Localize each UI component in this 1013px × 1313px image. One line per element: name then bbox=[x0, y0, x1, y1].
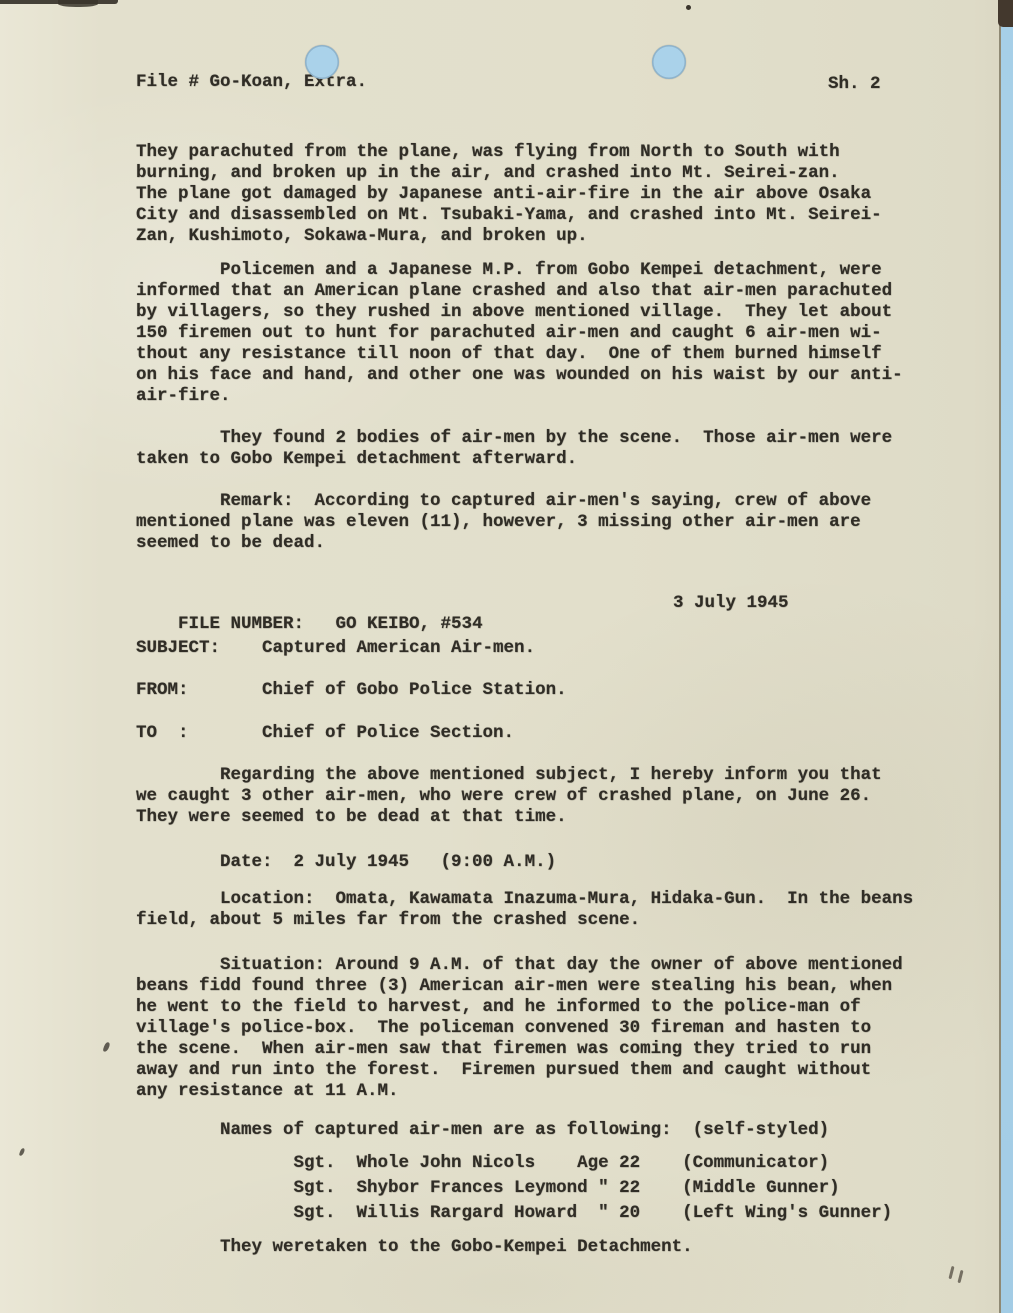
text-line: Situation: Around 9 A.M. of that day the… bbox=[136, 955, 903, 976]
text-line: Sgt. Shybor Frances Leymond " 22 (Middle… bbox=[136, 1176, 892, 1201]
text-line: Zan, Kushimoto, Sokawa-Mura, and broken … bbox=[136, 226, 882, 247]
text-line: seemed to be dead. bbox=[136, 533, 871, 554]
text-line: beans fidd found three (3) American air-… bbox=[136, 976, 903, 997]
text-line: any resistance at 11 A.M. bbox=[136, 1081, 903, 1102]
text-line: air-fire. bbox=[136, 386, 903, 407]
from-line: FROM: Chief of Gobo Police Station. bbox=[136, 680, 567, 701]
scan-speck-top bbox=[686, 5, 691, 10]
text-line: Location: Omata, Kawamata Inazuma-Mura, … bbox=[136, 889, 913, 910]
captured-airmen-list: Sgt. Whole John Nicols Age 22 (Communica… bbox=[136, 1151, 892, 1226]
text-line: Remark: According to captured air-men's … bbox=[136, 491, 871, 512]
text-line: Sgt. Whole John Nicols Age 22 (Communica… bbox=[136, 1151, 892, 1176]
pen-mark-left-margin bbox=[103, 1041, 111, 1052]
text-line: They were seemed to be dead at that time… bbox=[136, 807, 882, 828]
text-line: thout any resistance till noon of that d… bbox=[136, 344, 903, 365]
text-line: Policemen and a Japanese M.P. from Gobo … bbox=[136, 260, 903, 281]
text-line: the scene. When air-men saw that firemen… bbox=[136, 1039, 903, 1060]
text-line: we caught 3 other air-men, who were crew… bbox=[136, 786, 882, 807]
text-line: by villagers, so they rushed in above me… bbox=[136, 302, 903, 323]
scan-corner-shadow-top-right bbox=[998, 0, 1013, 27]
date-line: Date: 2 July 1945 (9:00 A.M.) bbox=[136, 852, 556, 873]
punch-hole-left bbox=[305, 45, 339, 79]
text-line: City and disassembled on Mt. Tsubaki-Yam… bbox=[136, 205, 882, 226]
text-line: field, about 5 miles far from the crashe… bbox=[136, 910, 913, 931]
text-line: informed that an American plane crashed … bbox=[136, 281, 903, 302]
closing-line: They weretaken to the Gobo-Kempei Detach… bbox=[136, 1237, 693, 1258]
paragraph-policemen-search: Policemen and a Japanese M.P. from Gobo … bbox=[136, 260, 903, 407]
file-number-label: FILE NUMBER: GO KEIBO, #534 bbox=[178, 614, 483, 634]
subject-line: SUBJECT: Captured American Air-men. bbox=[136, 638, 535, 659]
text-line: The plane got damaged by Japanese anti-a… bbox=[136, 184, 882, 205]
document-date: 3 July 1945 bbox=[673, 593, 789, 614]
paragraph-regarding: Regarding the above mentioned subject, I… bbox=[136, 765, 882, 828]
text-line: 150 firemen out to hunt for parachuted a… bbox=[136, 323, 903, 344]
text-line: away and run into the forest. Firemen pu… bbox=[136, 1060, 903, 1081]
scan-edge-blob-top-left bbox=[58, 0, 98, 7]
paragraph-location: Location: Omata, Kawamata Inazuma-Mura, … bbox=[136, 889, 913, 931]
to-line: TO : Chief of Police Section. bbox=[136, 723, 514, 744]
pen-tick-bottom-right-1 bbox=[948, 1266, 954, 1279]
text-line: village's police-box. The policeman conv… bbox=[136, 1018, 903, 1039]
sheet-number: Sh. 2 bbox=[828, 74, 881, 95]
paragraph-remark: Remark: According to captured air-men's … bbox=[136, 491, 871, 554]
pen-mark-far-left bbox=[19, 1148, 25, 1157]
text-line: They found 2 bodies of air-men by the sc… bbox=[136, 428, 892, 449]
text-line: burning, and broken up in the air, and c… bbox=[136, 163, 882, 184]
file-number-row: FILE NUMBER: GO KEIBO, #534 3 July 1945 bbox=[136, 593, 483, 677]
text-line: They parachuted from the plane, was flyi… bbox=[136, 142, 882, 163]
text-line: taken to Gobo Kempei detachment afterwar… bbox=[136, 449, 892, 470]
scan-backing-blue-strip bbox=[999, 0, 1013, 1313]
text-line: he went to the field to harvest, and he … bbox=[136, 997, 903, 1018]
paragraph-bodies-found: They found 2 bodies of air-men by the sc… bbox=[136, 428, 892, 470]
punch-hole-right bbox=[652, 45, 686, 79]
text-line: Sgt. Willis Rargard Howard " 20 (Left Wi… bbox=[136, 1201, 892, 1226]
text-line: mentioned plane was eleven (11), however… bbox=[136, 512, 871, 533]
text-line: Regarding the above mentioned subject, I… bbox=[136, 765, 882, 786]
paragraph-situation: Situation: Around 9 A.M. of that day the… bbox=[136, 955, 903, 1102]
paragraph-crash-description: They parachuted from the plane, was flyi… bbox=[136, 142, 882, 247]
document-scan-page: File # Go-Koan, Extra. Sh. 2 They parach… bbox=[0, 0, 1013, 1313]
text-line: on his face and hand, and other one was … bbox=[136, 365, 903, 386]
names-intro-line: Names of captured air-men are as followi… bbox=[136, 1120, 829, 1141]
pen-tick-bottom-right-2 bbox=[957, 1270, 963, 1283]
